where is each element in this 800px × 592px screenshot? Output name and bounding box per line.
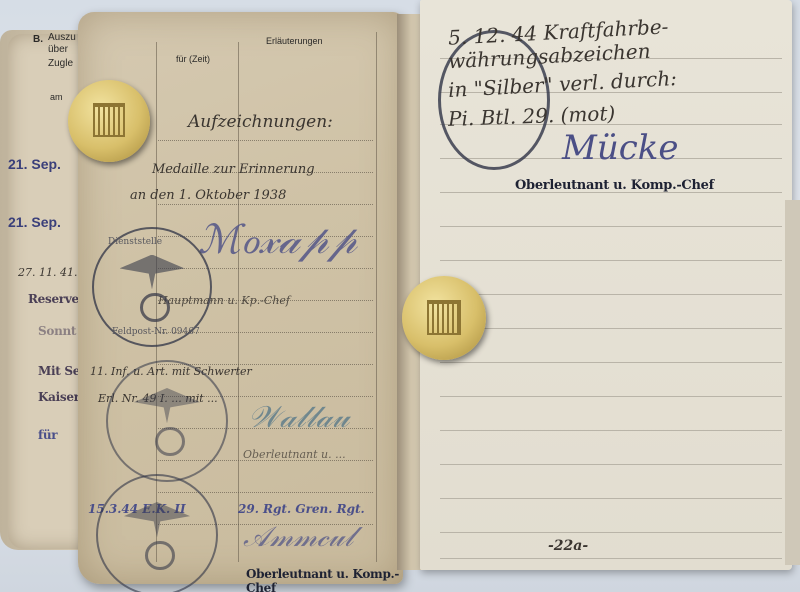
ruled-line: [440, 396, 782, 397]
ruled-line: [440, 498, 782, 499]
euro-coin: [402, 276, 486, 360]
signature: Mücke: [562, 128, 678, 168]
eagle-icon: [134, 388, 200, 423]
handwritten-entry: 29. Rgt. Gren. Rgt.: [238, 502, 365, 516]
printed-rank-footer: Oberleutnant u. Komp.-Chef: [515, 178, 714, 193]
ruled-line: [440, 260, 782, 261]
stamp-text: Dienststelle: [108, 237, 162, 247]
photo-scene: 21. Sep. 21. Sep. 27. 11. 41. Reservele …: [0, 0, 800, 592]
margin-label: für: [38, 428, 57, 442]
dotted-rule: [158, 204, 373, 205]
ruled-line: [440, 294, 782, 295]
date-stamp: 21. Sep.: [8, 214, 61, 230]
signature: 𝒲𝒶𝓁𝓁𝒶𝓊: [248, 400, 349, 435]
ruled-line: [440, 532, 782, 533]
page-edges: [785, 200, 800, 565]
printed-rank-footer: Oberleutnant u. Komp.-Chef: [246, 567, 403, 592]
handwritten-heading: Aufzeichnungen:: [188, 112, 333, 132]
signature: 𝒜𝓂𝓂𝒸𝓊𝓁: [243, 520, 353, 554]
handwritten-date: 27. 11. 41.: [18, 266, 77, 279]
column-divider: [376, 32, 377, 562]
section-header-line: Auszu: [48, 32, 76, 43]
dotted-rule: [158, 140, 373, 141]
brandenburg-gate-icon: [427, 300, 461, 335]
official-stamp: [106, 360, 228, 482]
ruled-line: [440, 362, 782, 363]
eagle-icon: [120, 255, 185, 290]
handwritten-entry: Medaille zur Erinnerung: [152, 162, 315, 177]
handwritten-entry: Oberleutnant u. ...: [243, 448, 346, 461]
wreath-icon: [140, 293, 169, 322]
eagle-icon: [124, 502, 190, 537]
column-header-notes: Erläuterungen: [266, 36, 323, 46]
ruled-line: [440, 328, 782, 329]
ruled-line: [440, 226, 782, 227]
official-stamp: Dienststelle Feldpost-Nr. 09467: [92, 227, 212, 347]
brandenburg-gate-icon: [93, 103, 126, 137]
ruled-line: [440, 464, 782, 465]
section-letter: B.: [33, 34, 43, 45]
page-number: -22a-: [548, 538, 588, 554]
column-header-date: am: [50, 92, 63, 102]
signature: ℳℴ𝓍𝒶𝓅𝓅: [198, 217, 357, 263]
section-header-line: Zugle: [48, 58, 73, 69]
euro-coin: [68, 80, 150, 162]
section-header-line: über: [48, 44, 68, 55]
wreath-icon: [145, 541, 175, 571]
margin-label: Sonnt: [38, 324, 76, 338]
date-stamp: 21. Sep.: [8, 156, 61, 172]
handwritten-entry: an den 1. Oktober 1938: [130, 188, 286, 203]
stamp-text: Feldpost-Nr. 09467: [112, 327, 200, 337]
ruled-line: [440, 558, 782, 559]
ruled-line: [440, 430, 782, 431]
wreath-icon: [155, 427, 185, 457]
column-header-period: für (Zeit): [176, 54, 210, 64]
official-stamp: [96, 474, 218, 592]
